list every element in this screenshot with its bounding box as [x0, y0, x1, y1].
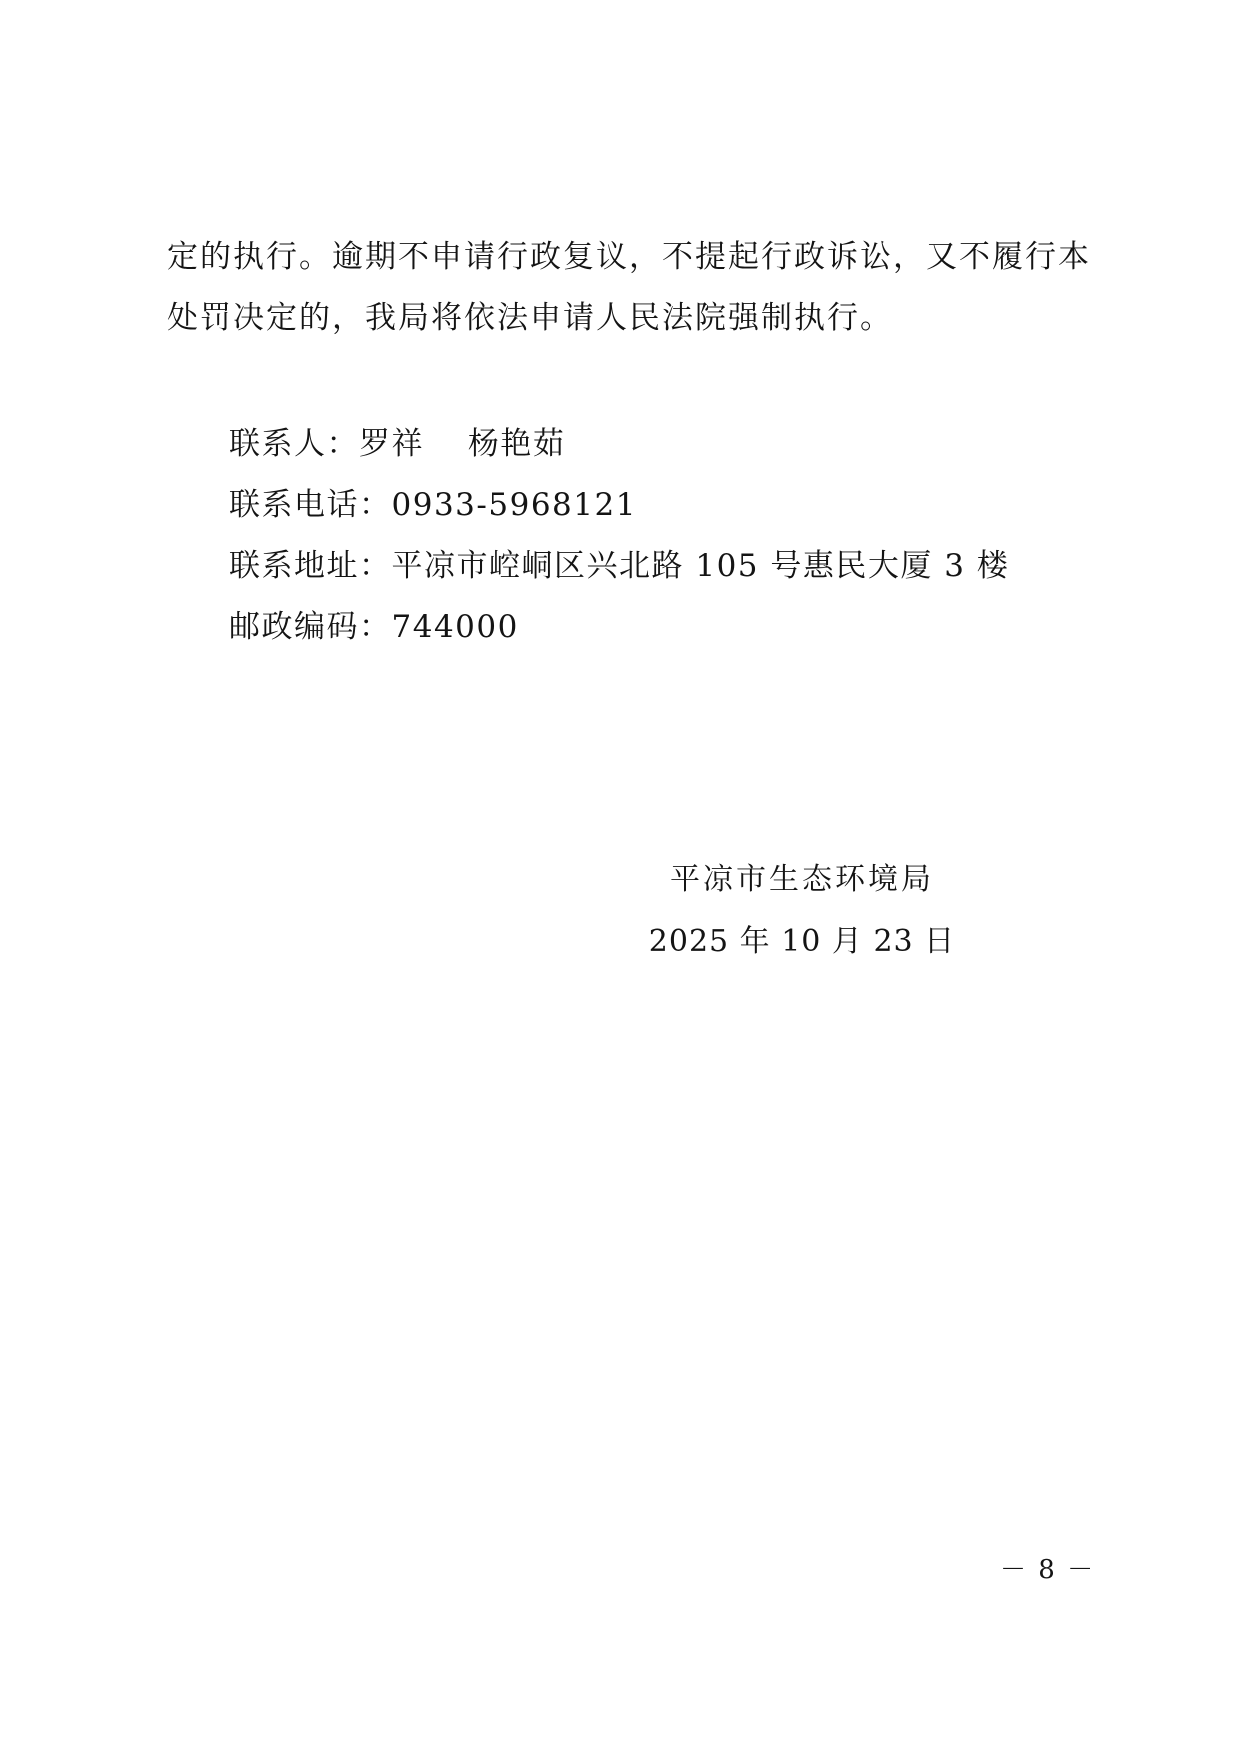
contact-phone-line: 联系电话：0933-5968121: [229, 486, 637, 524]
contact-postcode-value: 744000: [392, 609, 519, 645]
contact-postcode-line: 邮政编码：744000: [229, 608, 519, 646]
contact-phone-label: 联系电话：: [229, 487, 392, 523]
document-page: 定的执行。逾期不申请行政复议，不提起行政诉讼，又不履行本 处罚决定的，我局将依法…: [0, 0, 1241, 1754]
contact-phone-value: 0933-5968121: [392, 487, 637, 523]
contact-postcode-label: 邮政编码：: [229, 609, 392, 645]
signature-block: 平凉市生态环境局 2025 年 10 月 23 日: [592, 862, 1012, 960]
contact-person-line: 联系人：罗祥 杨艳茹: [229, 425, 565, 463]
body-paragraph-line-1: 定的执行。逾期不申请行政复议，不提起行政诉讼，又不履行本: [167, 238, 1097, 276]
contact-person-value: 罗祥 杨艳茹: [359, 426, 565, 462]
contact-person-label: 联系人：: [229, 426, 359, 462]
contact-address-line: 联系地址：平凉市崆峒区兴北路 105 号惠民大厦 3 楼: [229, 547, 1009, 585]
contact-address-value: 平凉市崆峒区兴北路 105 号惠民大厦 3 楼: [392, 548, 1010, 584]
signature-agency: 平凉市生态环境局: [592, 862, 1012, 898]
body-paragraph-line-2: 处罚决定的，我局将依法申请人民法院强制执行。: [167, 299, 1097, 337]
signature-date: 2025 年 10 月 23 日: [592, 924, 1012, 960]
contact-address-label: 联系地址：: [229, 548, 392, 584]
page-number: － 8 －: [1000, 1554, 1095, 1586]
